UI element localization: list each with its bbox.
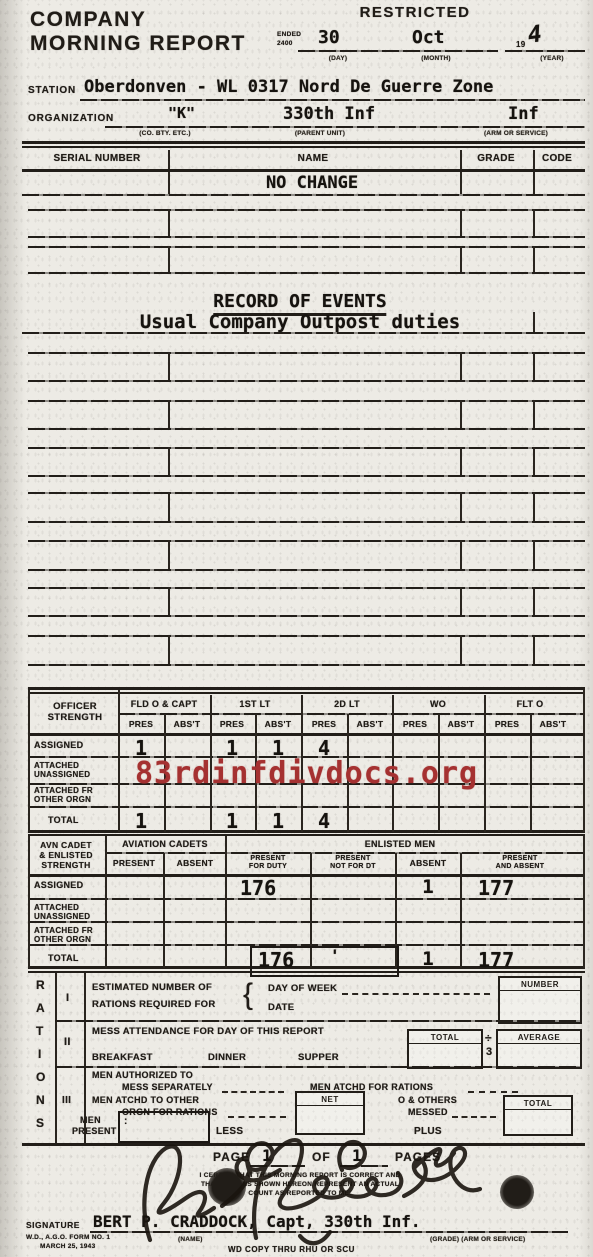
estimated-rations-2: RATIONS REQUIRED FOR	[92, 999, 216, 1010]
men-atchd-other-1: MEN ATCHD TO OTHER	[92, 1095, 199, 1105]
total-1stlt-abst: 1	[272, 809, 284, 833]
sub-abst: ABS'T	[174, 719, 201, 729]
group-2dlt: 2D LT	[334, 699, 360, 709]
sub-abst: ABS'T	[448, 719, 475, 729]
morning-report-document: RESTRICTED COMPANY MORNING REPORT ENDED …	[0, 0, 593, 1257]
assigned-absent: 1	[422, 876, 433, 898]
row-attached-fr-1: ATTACHED FR	[34, 786, 93, 795]
sub-pres: PRES	[129, 719, 153, 729]
day-of-week-label: DAY OF WEEK	[268, 983, 337, 994]
of-label: OF	[312, 1150, 331, 1164]
net-box: NET	[295, 1091, 365, 1135]
average-box-label: AVERAGE	[498, 1031, 580, 1044]
men-label: MEN	[80, 1115, 101, 1125]
officer-corner-1: OFFICER	[53, 701, 97, 712]
date-rule-1	[298, 50, 498, 52]
group-aviation-cadets: AVIATION CADETS	[122, 839, 208, 849]
row-attached-unassigned-1: ATTACHED	[34, 903, 79, 912]
mess-total-box: TOTAL	[407, 1029, 483, 1069]
tick	[168, 172, 170, 194]
col-name: NAME	[298, 153, 329, 164]
row-assigned: ASSIGNED	[34, 880, 83, 890]
col-en-absent: ABSENT	[410, 858, 447, 868]
col-pfd-1: PRESENT	[250, 855, 285, 862]
rations-num-1: I	[66, 992, 69, 1004]
pages-number: 1	[352, 1146, 362, 1165]
row-total: TOTAL	[48, 953, 79, 963]
total-1stlt-pres: 1	[226, 809, 238, 833]
restricted-stamp: RESTRICTED	[360, 4, 471, 21]
year-prefix: 19	[516, 40, 526, 49]
o-and-others: O & OTHERS	[398, 1095, 457, 1105]
col-pa-1: PRESENT	[502, 855, 537, 862]
organization-parent: 330th Inf	[283, 104, 375, 124]
total-2dlt-pres: 4	[318, 809, 330, 833]
sub-abst: ABS'T	[265, 719, 292, 729]
record-rule	[22, 332, 585, 334]
sub-abst: ABS'T	[540, 719, 567, 729]
signature-label: SIGNATURE	[26, 1220, 80, 1230]
average-box: AVERAGE	[496, 1029, 582, 1069]
row-attached-fr-2: OTHER ORGN	[34, 935, 91, 944]
parent-sublabel: (PARENT UNIT)	[295, 130, 345, 137]
assigned-present-and-absent: 177	[478, 876, 514, 900]
col-pfd-2: FOR DUTY	[249, 863, 287, 870]
year-sublabel: (YEAR)	[540, 55, 564, 62]
less-label: LESS	[216, 1126, 243, 1137]
ended-label-line2: 2400	[277, 40, 293, 47]
group-enlisted-men: ENLISTED MEN	[365, 839, 436, 849]
rations-letter: N	[36, 1093, 45, 1107]
tick	[533, 312, 535, 332]
colon-mark: :	[124, 1116, 128, 1127]
watermark-83rdinfdivdocs: 83rdinfdivdocs.org	[135, 756, 478, 791]
sub-abst: ABS'T	[357, 719, 384, 729]
tick	[460, 172, 462, 194]
enlisted-corner-3: STRENGTH	[41, 860, 90, 870]
rations-num-2: II	[64, 1036, 71, 1048]
messed-label: MESSED	[408, 1107, 448, 1117]
day-sublabel: (DAY)	[329, 55, 347, 62]
plus-label: PLUS	[414, 1126, 442, 1137]
organization-rule	[105, 126, 585, 128]
distribution-note: WD COPY THRU RHU OR SCU	[228, 1245, 355, 1254]
rations-letter: T	[36, 1024, 44, 1038]
group-fldo: FLD O & CAPT	[131, 699, 198, 709]
sub-pres: PRES	[403, 719, 427, 729]
col-av-absent: ABSENT	[177, 858, 214, 868]
total-absent: 1	[422, 948, 433, 970]
divide-sign: ÷	[485, 1031, 492, 1045]
rations-num-3: III	[62, 1095, 71, 1106]
row-total: TOTAL	[48, 815, 79, 825]
date-label: DATE	[268, 1002, 294, 1013]
roster-entry-no-change: NO CHANGE	[266, 173, 358, 193]
total-fldo-pres: 1	[135, 809, 147, 833]
tick	[168, 150, 170, 169]
mess-total-box-label: TOTAL	[409, 1031, 481, 1044]
row-attached-fr-2: OTHER ORGN	[34, 795, 91, 804]
total-present-and-absent: 177	[478, 948, 514, 972]
grade-arm-sublabel: (GRADE) (ARM OR SERVICE)	[430, 1236, 525, 1243]
total-tick-mark: '	[330, 946, 340, 965]
rations-letter: A	[36, 1001, 45, 1015]
organization-company: "K"	[168, 104, 195, 122]
number-box: NUMBER	[498, 976, 582, 1024]
roster-top-rule-a	[22, 141, 585, 144]
pages-label: PAGES	[395, 1150, 441, 1164]
assigned-present-for-duty: 176	[240, 876, 276, 900]
ended-label-line1: ENDED	[277, 31, 301, 38]
number-box-label: NUMBER	[500, 978, 580, 991]
dinner-label: DINNER	[208, 1052, 246, 1063]
organization-arm: Inf	[508, 104, 539, 124]
cert-line-3: COUNT AS REPORTED TO ME:	[248, 1190, 351, 1197]
month-sublabel: (MONTH)	[421, 55, 451, 62]
company-sublabel: (CO. BTY. ETC.)	[139, 130, 190, 137]
row-attached-unassigned-2: UNASSIGNED	[34, 770, 90, 779]
arm-sublabel: (ARM OR SERVICE)	[484, 130, 548, 137]
station-rule	[80, 99, 585, 101]
group-wo: WO	[430, 699, 446, 709]
sub-pres: PRES	[312, 719, 336, 729]
rations-letter: R	[36, 978, 45, 992]
row-attached-fr-1: ATTACHED FR	[34, 926, 93, 935]
tick	[460, 150, 462, 169]
sub-pres: PRES	[495, 719, 519, 729]
form-number: W.D., A.G.O. FORM NO. 1	[26, 1234, 110, 1241]
punch-hole-left	[208, 1168, 246, 1206]
rations-letter: S	[36, 1116, 44, 1130]
roster-row-rule	[22, 194, 585, 196]
group-flto: FLT O	[517, 699, 544, 709]
col-serial-number: SERIAL NUMBER	[53, 153, 140, 164]
col-pnfd-1: PRESENT	[335, 855, 370, 862]
tick	[533, 172, 535, 194]
station-value: Oberdonven - WL 0317 Nord De Guerre Zone	[84, 77, 493, 97]
form-title-line1: COMPANY	[30, 8, 146, 32]
total-present-for-duty: 176	[258, 948, 294, 972]
record-of-events-text: Usual Company Outpost duties	[140, 311, 460, 333]
date-day: 30	[318, 27, 340, 48]
enlisted-corner-2: & ENLISTED	[39, 850, 93, 860]
rations-letter: O	[36, 1070, 46, 1084]
name-sublabel: (NAME)	[178, 1236, 203, 1243]
col-av-present: PRESENT	[113, 858, 155, 868]
supper-label: SUPPER	[298, 1052, 339, 1063]
net-box-label: NET	[297, 1093, 363, 1106]
mess-attendance-title: MESS ATTENDANCE FOR DAY OF THIS REPORT	[92, 1026, 324, 1037]
rations-total-box-label: TOTAL	[505, 1097, 571, 1110]
mess-separately: MESS SEPARATELY	[122, 1082, 213, 1092]
officer-corner-2: STRENGTH	[48, 712, 103, 723]
present-label: PRESENT	[72, 1126, 117, 1136]
roster-header-rule	[22, 169, 585, 172]
row-attached-unassigned-2: UNASSIGNED	[34, 912, 90, 921]
men-present-box: :	[118, 1111, 210, 1143]
row-attached-unassigned-1: ATTACHED	[34, 761, 79, 770]
rations-letter: I	[38, 1047, 42, 1061]
date-rule-2	[505, 50, 585, 52]
form-date: MARCH 25, 1943	[40, 1243, 96, 1250]
col-code: CODE	[542, 153, 572, 164]
station-label: STATION	[28, 85, 76, 96]
form-title-line2: MORNING REPORT	[30, 32, 246, 56]
punch-hole-right	[500, 1175, 534, 1209]
men-authorized: MEN AUTHORIZED TO	[92, 1070, 193, 1080]
col-grade: GRADE	[477, 153, 515, 164]
sub-pres: PRES	[220, 719, 244, 729]
tick	[533, 150, 535, 169]
date-year-handwritten: 4	[526, 21, 543, 49]
enlisted-corner-1: AVN CADET	[40, 840, 92, 850]
divide-num: 3	[486, 1046, 492, 1058]
brace: {	[243, 978, 253, 1012]
row-assigned: ASSIGNED	[34, 740, 83, 750]
page-label: PAGE	[213, 1150, 250, 1164]
rations-total-box: TOTAL	[503, 1095, 573, 1136]
breakfast-label: BREAKFAST	[92, 1052, 153, 1063]
organization-label: ORGANIZATION	[28, 113, 114, 124]
signature-typed-name: BERT P. CRADDOCK, Capt, 330th Inf.	[93, 1212, 421, 1231]
estimated-rations-1: ESTIMATED NUMBER OF	[92, 982, 212, 993]
col-pa-2: AND ABSENT	[496, 863, 545, 870]
group-1stlt: 1ST LT	[239, 699, 270, 709]
col-pnfd-2: NOT FOR DT	[330, 863, 376, 870]
date-month: Oct	[412, 27, 445, 48]
page-number: 1	[262, 1146, 272, 1165]
roster-top-rule-b	[22, 146, 585, 148]
